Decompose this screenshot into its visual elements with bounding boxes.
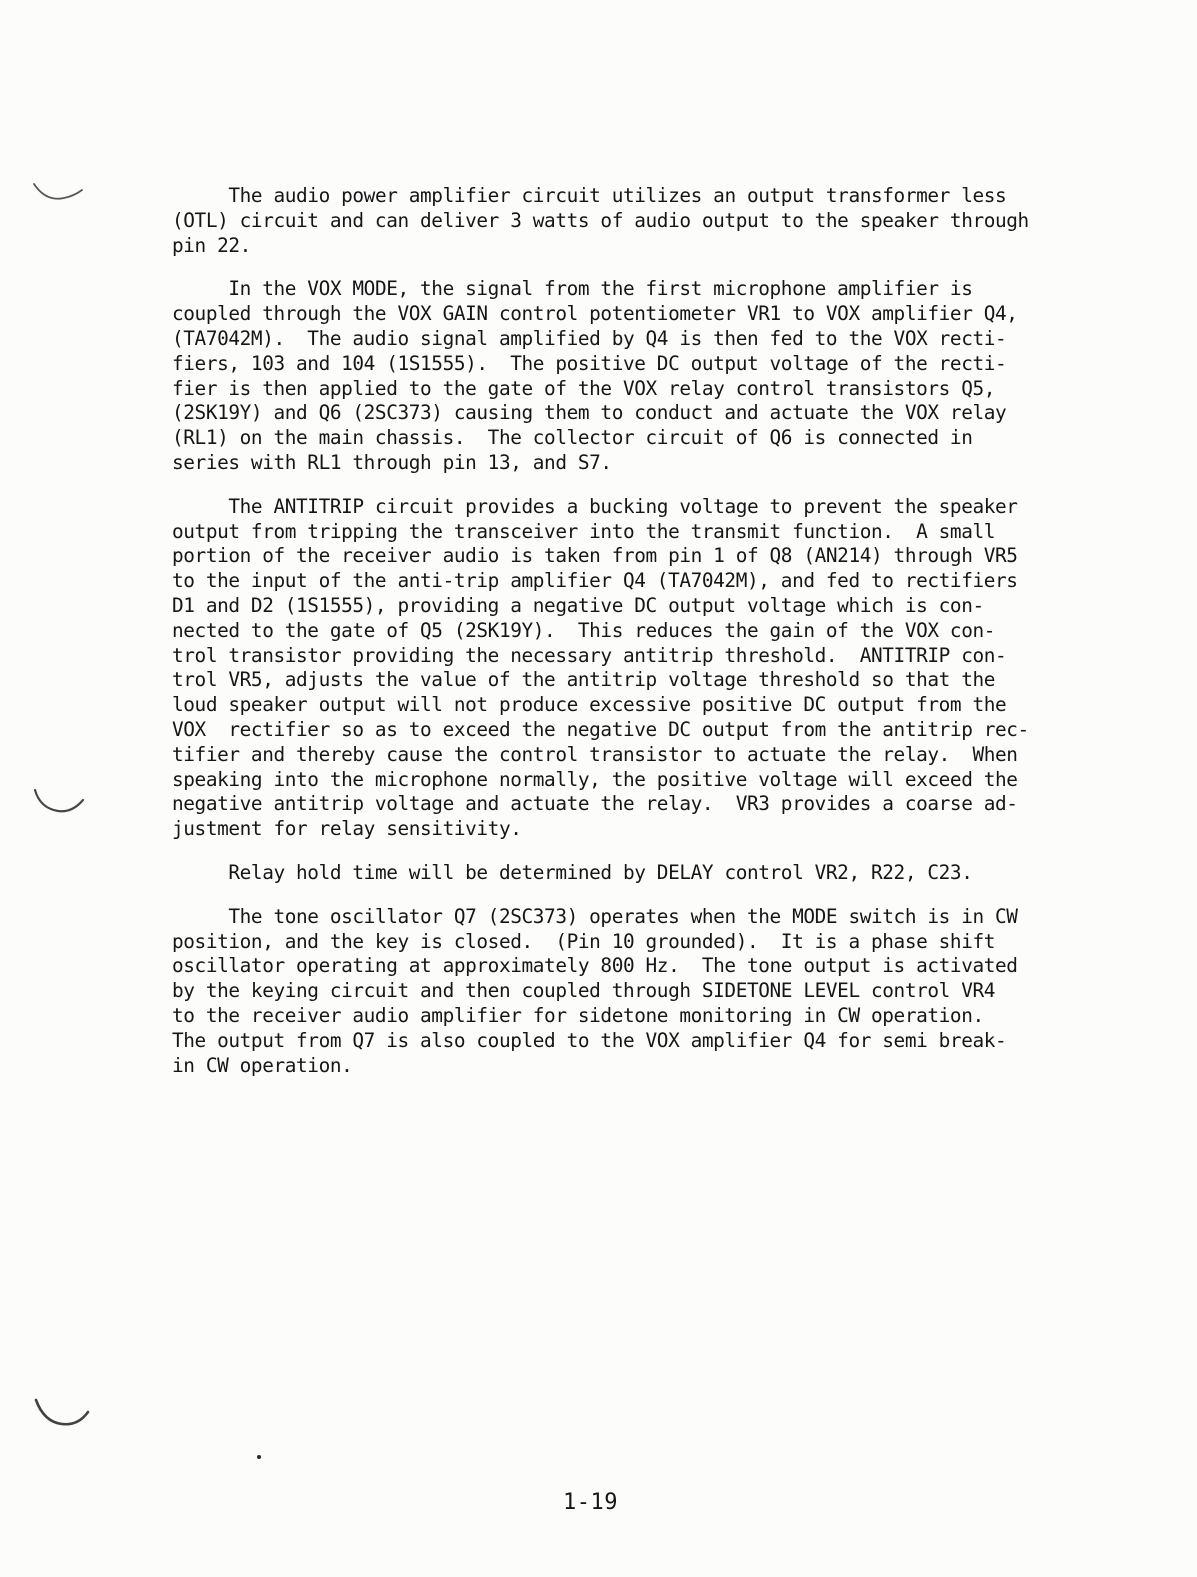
paragraph-audio-power-amplifier: The audio power amplifier circuit utiliz…: [172, 184, 1112, 258]
scanned-manual-page: The audio power amplifier circuit utiliz…: [0, 0, 1197, 1577]
paragraph-relay-hold-time: Relay hold time will be determined by DE…: [172, 861, 1112, 886]
paragraph-tone-oscillator: The tone oscillator Q7 (2SC373) operates…: [172, 905, 1112, 1079]
pen-mark: [28, 782, 92, 822]
ink-speck: [257, 1455, 261, 1459]
page-number: 1-19: [563, 1490, 618, 1515]
pen-mark: [26, 176, 90, 210]
pen-mark: [30, 1392, 96, 1436]
paragraph-antitrip-circuit: The ANTITRIP circuit provides a bucking …: [172, 495, 1112, 842]
paragraph-vox-mode: In the VOX MODE, the signal from the fir…: [172, 277, 1112, 475]
document-body: The audio power amplifier circuit utiliz…: [172, 184, 1112, 1097]
